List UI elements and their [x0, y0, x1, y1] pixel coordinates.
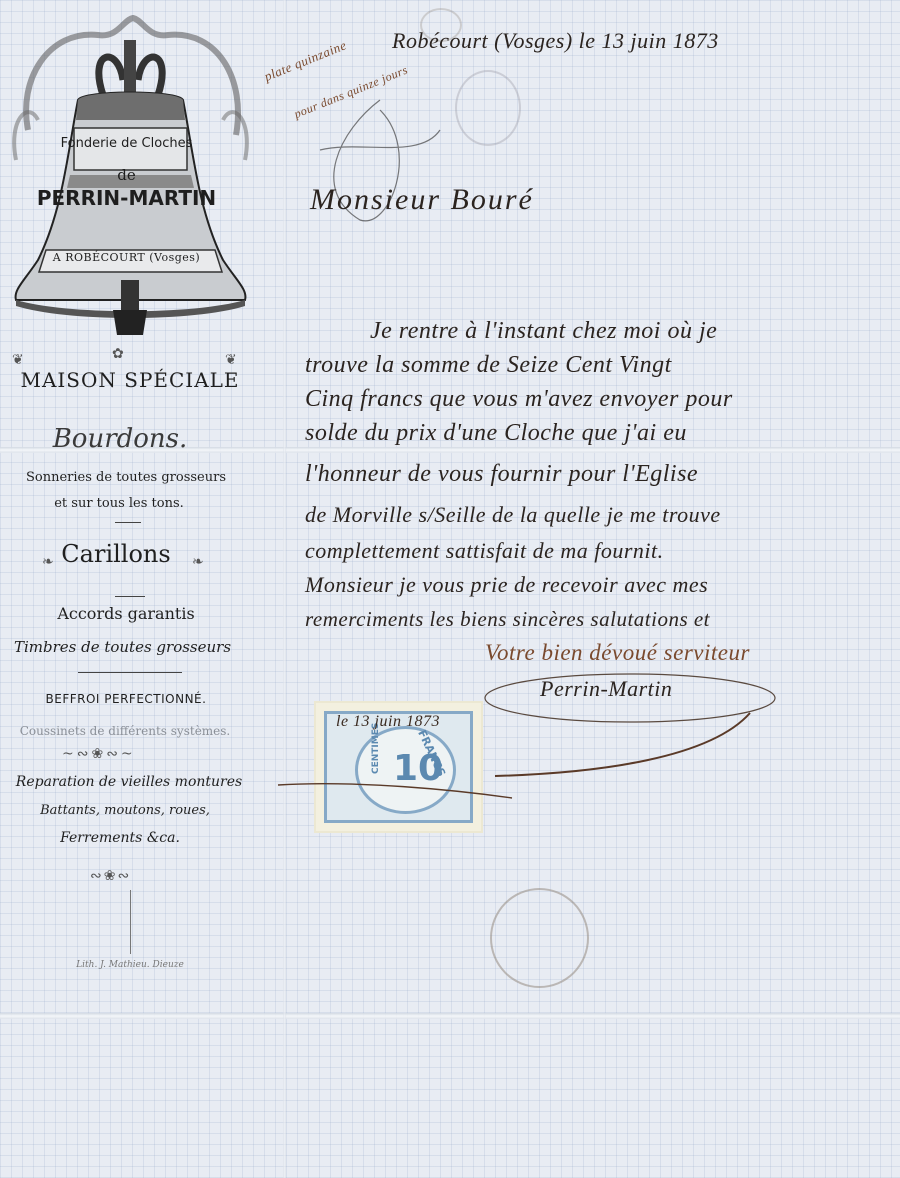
ornament-icon: ❦ — [12, 352, 25, 368]
ornament-icon: ~∾❀∾~ — [62, 746, 136, 762]
body-line: Cinq francs que vous m'avez envoyer pour — [305, 386, 733, 413]
ferrements-line: Ferrements &ca. — [0, 830, 240, 846]
company-name: PERRIN-MARTIN — [0, 186, 253, 210]
letterhead: Fonderie de Cloches de PERRIN-MARTIN A R… — [0, 0, 260, 980]
divider — [115, 522, 141, 523]
ornament-icon: ∾❀∾ — [90, 868, 131, 884]
flourish-icon — [300, 90, 460, 240]
body-line: complettement sattisfait de ma fournit. — [305, 538, 664, 564]
body-line: trouve la somme de Seize Cent Vingt — [305, 352, 672, 379]
postmark-icon — [455, 70, 521, 146]
body-line: remerciments les biens sincères salutati… — [305, 607, 710, 632]
reparation-line: Reparation de vieilles montures — [0, 774, 258, 790]
battants-line: Battants, moutons, roues, — [0, 803, 250, 818]
accords-garantis: Accords garantis — [0, 604, 252, 623]
tax-stamp: 10 FRANCS CENTIMES le 13 juin 1873 — [316, 703, 481, 831]
ornament-icon: ❦ — [225, 352, 238, 368]
body-line: Monsieur je vous prie de recevoir avec m… — [305, 572, 708, 598]
coussinets-line: Coussinets de différents systèmes. — [0, 724, 250, 738]
timbres-line: Timbres de toutes grosseurs — [0, 638, 245, 656]
company-location: A ROBÉCOURT (Vosges) — [0, 251, 253, 264]
body-line: de Morville s/Seille de la quelle je me … — [305, 502, 721, 528]
closing: Votre bien dévoué serviteur — [485, 640, 750, 666]
fold-crease — [0, 1013, 900, 1019]
bourdons-heading: Bourdons. — [0, 424, 240, 454]
sonneries-line-1: Sonneries de toutes grosseurs — [0, 470, 252, 485]
signature: Perrin-Martin — [540, 676, 672, 702]
body-line: solde du prix d'une Cloche que j'ai eu — [305, 420, 687, 447]
beffroi-line: BEFFROI PERFECTIONNÉ. — [0, 692, 252, 706]
body-line: l'honneur de vous fournir pour l'Eglise — [305, 461, 698, 488]
ornament-icon: ✿ — [112, 346, 125, 362]
salutation: Monsieur Bouré — [310, 183, 534, 217]
sonneries-line-2: et sur tous les tons. — [0, 496, 238, 511]
fold-crease — [283, 0, 286, 1178]
body-line: Je rentre à l'instant chez moi où je — [370, 318, 717, 345]
ornament-icon: ❧ — [192, 554, 205, 570]
dateline: Robécourt (Vosges) le 13 juin 1873 — [392, 28, 719, 54]
stamp-strike-icon — [276, 770, 516, 810]
stamp-cancellation: le 13 juin 1873 — [336, 713, 440, 731]
maison-speciale: MAISON SPÉCIALE — [0, 368, 260, 392]
bell-de-text: de — [0, 166, 253, 184]
printer-credit: Lith. J. Mathieu. Dieuze — [0, 960, 260, 970]
bell-band-top-text: Fonderie de Cloches — [0, 136, 253, 151]
divider — [115, 596, 145, 597]
divider — [78, 672, 182, 673]
postmark-icon — [490, 888, 589, 988]
ornament-stem — [130, 890, 131, 954]
